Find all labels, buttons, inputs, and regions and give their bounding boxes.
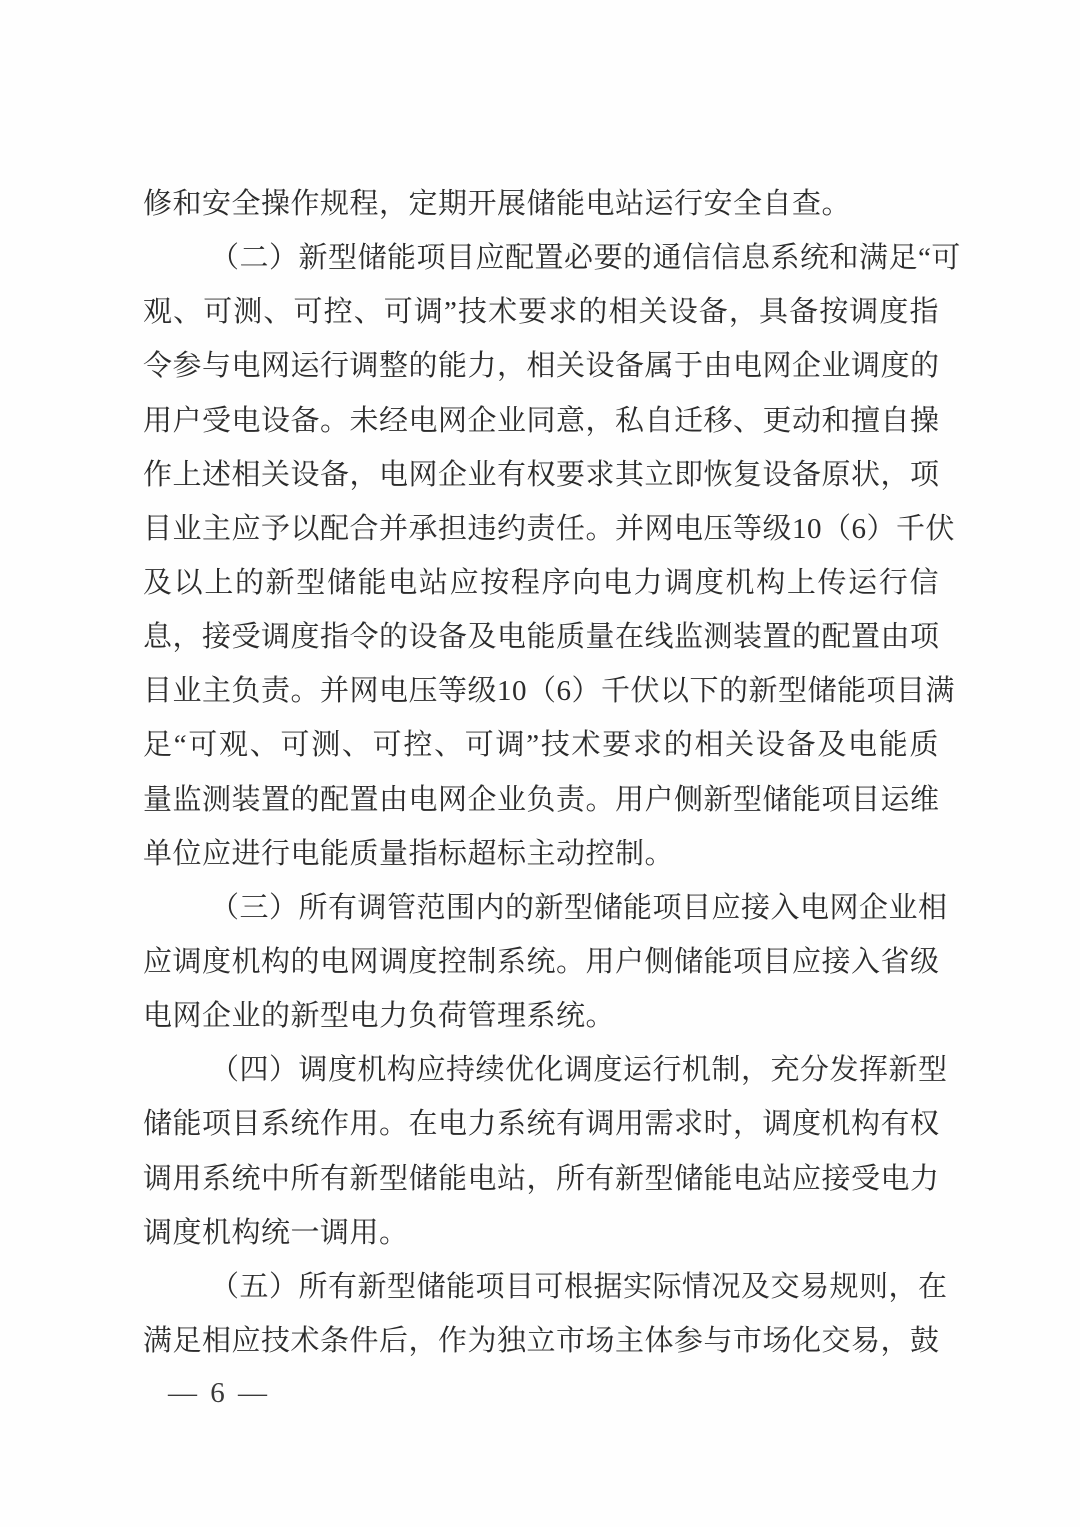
body-text-line: 目业主应予以配合并承担违约责任。并网电压等级10（6）千伏 bbox=[143, 502, 939, 556]
body-text-line: 目业主负责。并网电压等级10（6）千伏以下的新型储能项目满 bbox=[143, 664, 939, 718]
body-text-line: 单位应进行电能质量指标超标主动控制。 bbox=[143, 827, 939, 881]
body-text-line: （五）所有新型储能项目可根据实际情况及交易规则，在 bbox=[143, 1260, 939, 1314]
body-text-line: 应调度机构的电网调度控制系统。用户侧储能项目应接入省级 bbox=[143, 935, 939, 989]
body-text-line: 令参与电网运行调整的能力，相关设备属于由电网企业调度的 bbox=[143, 339, 939, 393]
body-text-line: 量监测装置的配置由电网企业负责。用户侧新型储能项目运维 bbox=[143, 773, 939, 827]
body-text-line: 观、可测、可控、可调”技术要求的相关设备，具备按调度指 bbox=[143, 285, 939, 339]
page-number: — 6 — bbox=[168, 1366, 270, 1420]
body-text-line: （四）调度机构应持续优化调度运行机制，充分发挥新型 bbox=[143, 1043, 939, 1097]
body-text-line: 调度机构统一调用。 bbox=[143, 1206, 939, 1260]
body-text-line: 足“可观、可测、可控、可调”技术要求的相关设备及电能质 bbox=[143, 718, 939, 772]
body-text-line: 息，接受调度指令的设备及电能质量在线监测装置的配置由项 bbox=[143, 610, 939, 664]
body-text-line: 用户受电设备。未经电网企业同意，私自迁移、更动和擅自操 bbox=[143, 394, 939, 448]
body-text-line: （二）新型储能项目应配置必要的通信信息系统和满足“可 bbox=[143, 231, 939, 285]
document-page: 修和安全操作规程，定期开展储能电站运行安全自查。 （二）新型储能项目应配置必要的… bbox=[0, 0, 1080, 1527]
body-text-line: 满足相应技术条件后，作为独立市场主体参与市场化交易，鼓 bbox=[143, 1314, 939, 1368]
body-text-line: 储能项目系统作用。在电力系统有调用需求时，调度机构有权 bbox=[143, 1097, 939, 1151]
document-body: 修和安全操作规程，定期开展储能电站运行安全自查。 （二）新型储能项目应配置必要的… bbox=[143, 177, 939, 1368]
body-text-line: 及以上的新型储能电站应按程序向电力调度机构上传运行信 bbox=[143, 556, 939, 610]
body-text-line: 调用系统中所有新型储能电站，所有新型储能电站应接受电力 bbox=[143, 1152, 939, 1206]
body-text-line: （三）所有调管范围内的新型储能项目应接入电网企业相 bbox=[143, 881, 939, 935]
body-text-line: 修和安全操作规程，定期开展储能电站运行安全自查。 bbox=[143, 177, 939, 231]
body-text-line: 电网企业的新型电力负荷管理系统。 bbox=[143, 989, 939, 1043]
body-text-line: 作上述相关设备，电网企业有权要求其立即恢复设备原状，项 bbox=[143, 448, 939, 502]
